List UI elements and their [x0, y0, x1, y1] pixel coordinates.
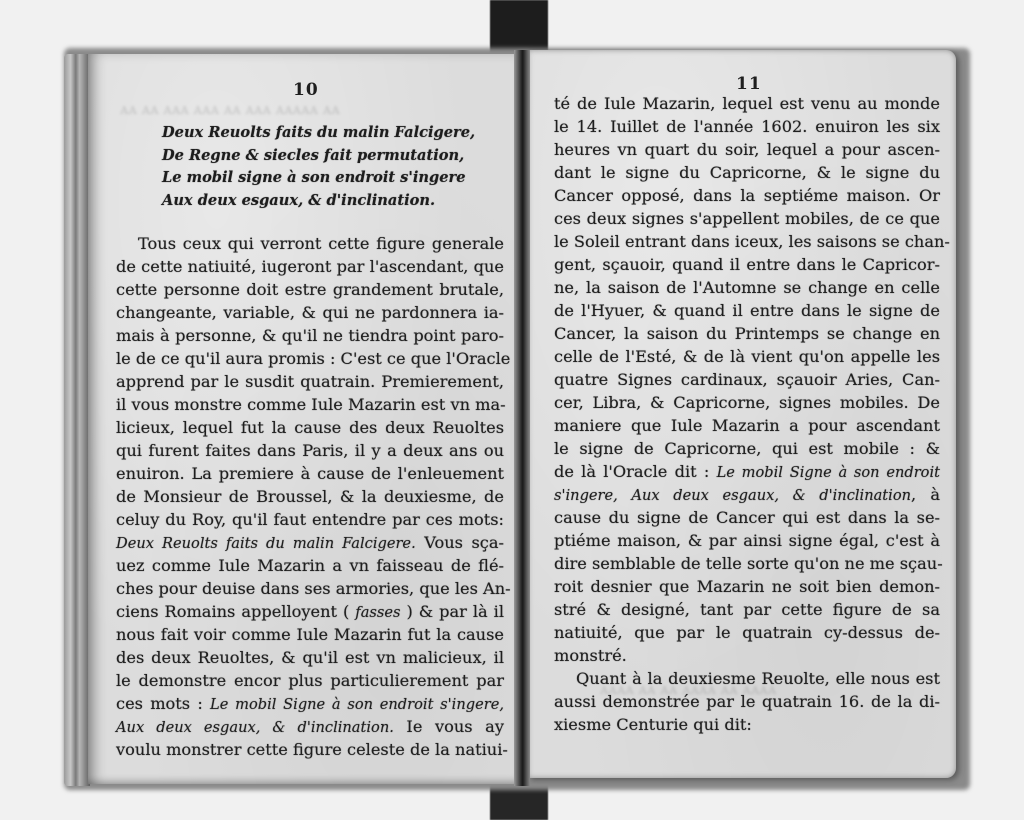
text-line: dant le signe du Capricorne, & le signe …: [554, 161, 940, 184]
text-line: changeante, variable, & qui ne pardonner…: [116, 301, 504, 324]
text-line: apprend par le susdit quatrain. Premiere…: [116, 370, 504, 393]
text-line: dire semblable de telle sorte qu'on ne m…: [554, 552, 940, 575]
text-line: mais à personne, & qu'il ne tiendra poin…: [116, 324, 504, 347]
text-fragment: , à: [911, 485, 940, 504]
text-line: Quant à la deuxiesme Reuolte, elle nous …: [554, 667, 940, 690]
text-line: té de Iule Mazarin, lequel est venu au m…: [554, 92, 940, 115]
text-line: licieux, lequel fut la cause des deux Re…: [116, 416, 504, 439]
text-line: celle de l'Esté, & de là vient qu'on app…: [554, 345, 940, 368]
text-line: de cette natiuité, iugeront par l'ascend…: [116, 255, 504, 278]
text-line: quatre Signes cardinaux, sçauoir Aries, …: [554, 368, 940, 391]
text-line: cette personne doit estre grandement bru…: [116, 278, 504, 301]
text-line: monstré.: [554, 644, 940, 667]
text-line: enuiron. La premiere à cause de l'enleue…: [116, 462, 504, 485]
text-line: celuy du Roy, qu'il faut entendre par ce…: [116, 508, 504, 531]
text-line: ciens Romains appelloyent ( fasses ) & p…: [116, 600, 504, 623]
text-line: le Soleil entrant dans iceux, les saison…: [554, 230, 940, 253]
text-line: heures vn quart du soir, lequel a pour a…: [554, 138, 940, 161]
text-line: maniere que Iule Mazarin a pour ascendan…: [554, 414, 940, 437]
text-fragment: ciens Romains appelloyent (: [116, 602, 355, 621]
left-page-body: Tous ceux qui verront cette figure gener…: [116, 232, 504, 761]
text-line: natiuité, que par le quatrain cy-dessus …: [554, 621, 940, 644]
text-line: de l'Hyuer, & quand il entre dans le sig…: [554, 299, 940, 322]
text-line: ne, la saison de l'Automne se change en …: [554, 276, 940, 299]
verse-line: De Regne & siecles fait permutation,: [162, 145, 475, 168]
text-fragment: Ie vous ay: [394, 717, 504, 736]
verse-line: Le mobil signe à son endroit s'ingere: [162, 167, 475, 190]
text-line: le de ce qu'il aura promis : C'est ce qu…: [116, 347, 504, 370]
quoted-verse: Deux Reuolts faits du malin Falcigere.: [116, 535, 416, 552]
quoted-verse: Aux deux esgaux, & d'inclination.: [116, 719, 394, 736]
quoted-verse: Le mobil Signe à son endroit: [717, 464, 940, 481]
text-line: uez comme Iule Mazarin a vn faisseau de …: [116, 554, 504, 577]
text-line: le signe de Capricorne, qui est mobile :…: [554, 437, 940, 460]
text-line: stré & designé, tant par cette figure de…: [554, 598, 940, 621]
text-line: le demonstre encor plus particulierement…: [116, 669, 504, 692]
text-line: ces deux signes s'appellent mobiles, de …: [554, 207, 940, 230]
page-number-left: 10: [293, 80, 319, 100]
text-line: Cancer, la saison du Printemps se change…: [554, 322, 940, 345]
text-line: s'ingere, Aux deux esgaux, & d'inclinati…: [554, 483, 940, 506]
show-through-text: ᴀᴀ ᴀᴀ ᴀᴀᴀ ᴀᴀᴀ ᴀᴀ ᴀᴀᴀ ᴀᴀᴀᴀᴀ ᴀᴀ: [120, 100, 340, 118]
text-fragment: Vous sça-: [416, 533, 504, 552]
text-line: nous fait voir comme Iule Mazarin fut la…: [116, 623, 504, 646]
latin-term: fasses: [355, 604, 400, 621]
text-line: voulu monstrer cette figure celeste de l…: [116, 738, 504, 761]
text-line: le 14. Iuillet de l'année 1602. enuiron …: [554, 115, 940, 138]
quatrain-verse: Deux Reuolts faits du malin Falcigere, D…: [162, 122, 475, 212]
quoted-verse: s'ingere, Aux deux esgaux, & d'inclinati…: [554, 487, 911, 504]
quoted-verse: Le mobil Signe à son endroit s'ingere,: [210, 696, 504, 713]
book-gutter: [514, 50, 530, 786]
text-line: ches pour deuise dans ses armories, que …: [116, 577, 504, 600]
text-fragment: ces mots :: [116, 694, 210, 713]
text-line: il vous monstre comme Iule Mazarin est v…: [116, 393, 504, 416]
text-line: aussi demonstrée par le quatrain 16. de …: [554, 690, 940, 713]
text-line: des deux Reuoltes, & qu'il est vn malici…: [116, 646, 504, 669]
text-line: qui furent faites dans Paris, il y a deu…: [116, 439, 504, 462]
page-number-right: 11: [736, 74, 762, 94]
text-line: gent, sçauoir, quand il entre dans le Ca…: [554, 253, 940, 276]
text-line: Aux deux esgaux, & d'inclination. Ie vou…: [116, 715, 504, 738]
verse-line: Aux deux esgaux, & d'inclination.: [162, 190, 475, 213]
page-stack-edge: [64, 54, 90, 786]
text-line: de Monsieur de Broussel, & la deuxiesme,…: [116, 485, 504, 508]
text-line: ptiéme maison, & par ainsi signe égal, c…: [554, 529, 940, 552]
text-fragment: de là l'Oracle dit :: [554, 462, 717, 481]
text-line: de là l'Oracle dit : Le mobil Signe à so…: [554, 460, 940, 483]
text-line: cause du signe de Cancer qui est dans la…: [554, 506, 940, 529]
text-line: cer, Libra, & Capricorne, signes mobiles…: [554, 391, 940, 414]
text-line: Cancer opposé, dans la septiéme maison. …: [554, 184, 940, 207]
text-line: xiesme Centurie qui dit:: [554, 713, 940, 736]
text-line: Tous ceux qui verront cette figure gener…: [116, 232, 504, 255]
text-line: roit desnier que Mazarin ne soit bien de…: [554, 575, 940, 598]
text-line: ces mots : Le mobil Signe à son endroit …: [116, 692, 504, 715]
text-line: Deux Reuolts faits du malin Falcigere. V…: [116, 531, 504, 554]
text-fragment: ) & par là il: [401, 602, 504, 621]
right-page-body: té de Iule Mazarin, lequel est venu au m…: [554, 92, 940, 736]
verse-line: Deux Reuolts faits du malin Falcigere,: [162, 122, 475, 145]
